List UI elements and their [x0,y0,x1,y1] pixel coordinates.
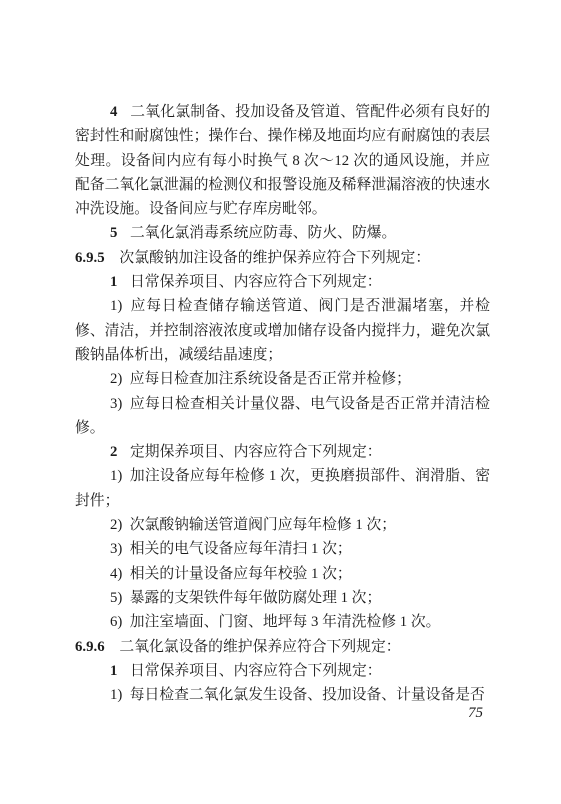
paragraph-text: 二氧化氯制备、投加设备及管道、管配件必须有良好的密封性和耐腐蚀性；操作台、操作梯… [75,104,490,217]
paragraph-item: 1日常保养项目、内容应符合下列规定： [75,270,490,294]
paragraph-subitem: 1)应每日检查储存输送管道、阀门是否泄漏堵塞，并检修、清洁，并控制溶液浓度或增加… [75,294,490,367]
paragraph-number: 3) [110,541,122,557]
paragraph-item: 1日常保养项目、内容应符合下列规定： [75,659,490,683]
paragraph-number: 1 [110,274,117,290]
paragraph-number: 6.9.6 [75,639,105,655]
paragraph-section: 6.9.5次氯酸钠加注设备的维护保养应符合下列规定： [75,246,490,270]
paragraph-text: 应每日检查加注系统设备是否正常并检修； [130,371,411,387]
paragraph-subitem: 2)应每日检查加注系统设备是否正常并检修； [75,367,490,391]
paragraph-number: 3) [110,396,122,412]
paragraph-text: 日常保养项目、内容应符合下列规定： [130,663,382,679]
page-number: 75 [75,705,490,722]
text-block: 4二氧化氯制备、投加设备及管道、管配件必须有良好的密封性和耐腐蚀性；操作台、操作… [75,100,490,707]
paragraph-number: 1 [110,663,117,679]
paragraph-subitem: 5)暴露的支架铁件每年做防腐处理 1 次； [75,586,490,610]
paragraph-text: 二氧化氯设备的维护保养应符合下列规定： [119,639,400,655]
paragraph-number: 4) [110,566,122,582]
paragraph-text: 次氯酸钠输送管道阀门应每年检修 1 次； [130,517,396,533]
document-page: 4二氧化氯制备、投加设备及管道、管配件必须有良好的密封性和耐腐蚀性；操作台、操作… [0,0,561,804]
paragraph-subitem: 3)应每日检查相关计量仪器、电气设备是否正常并清洁检修。 [75,392,490,441]
paragraph-number: 6) [110,614,122,630]
paragraph-number: 1) [110,687,122,703]
paragraph-number: 1) [110,298,122,314]
paragraph-text: 二氧化氯消毒系统应防毒、防火、防爆。 [130,225,396,241]
paragraph-text: 相关的电气设备应每年清扫 1 次； [130,541,352,557]
paragraph-text: 日常保养项目、内容应符合下列规定： [130,274,382,290]
paragraph-subitem: 2)次氯酸钠输送管道阀门应每年检修 1 次； [75,513,490,537]
paragraph-number: 6.9.5 [75,250,105,266]
paragraph-text: 暴露的支架铁件每年做防腐处理 1 次； [130,590,382,606]
paragraph-number: 2) [110,517,122,533]
paragraph-text: 应每日检查储存输送管道、阀门是否泄漏堵塞，并检修、清洁，并控制溶液浓度或增加储存… [75,298,490,363]
paragraph-number: 2 [110,444,117,460]
paragraph-section: 6.9.6二氧化氯设备的维护保养应符合下列规定： [75,635,490,659]
paragraph-text: 加注设备应每年检修 1 次，更换磨损部件、润滑脂、密封件； [75,468,490,508]
paragraph-item: 5二氧化氯消毒系统应防毒、防火、防爆。 [75,221,490,245]
paragraph-item: 4二氧化氯制备、投加设备及管道、管配件必须有良好的密封性和耐腐蚀性；操作台、操作… [75,100,490,221]
paragraph-number: 2) [110,371,122,387]
paragraph-subitem: 3)相关的电气设备应每年清扫 1 次； [75,537,490,561]
paragraph-text: 相关的计量设备应每年校验 1 次； [130,566,352,582]
paragraph-text: 应每日检查相关计量仪器、电气设备是否正常并清洁检修。 [75,396,490,436]
paragraph-subitem: 1)每日检查二氧化氯发生设备、投加设备、计量设备是否 [75,683,490,707]
paragraph-number: 4 [110,104,117,120]
paragraph-subitem: 1)加注设备应每年检修 1 次，更换磨损部件、润滑脂、密封件； [75,464,490,513]
paragraph-text: 定期保养项目、内容应符合下列规定： [130,444,382,460]
paragraph-text: 次氯酸钠加注设备的维护保养应符合下列规定： [119,250,430,266]
paragraph-number: 5) [110,590,122,606]
paragraph-subitem: 6)加注室墙面、门窗、地坪每 3 年清洗检修 1 次。 [75,610,490,634]
paragraph-item: 2定期保养项目、内容应符合下列规定： [75,440,490,464]
paragraph-text: 每日检查二氧化氯发生设备、投加设备、计量设备是否 [130,687,485,703]
paragraph-number: 5 [110,225,117,241]
paragraph-text: 加注室墙面、门窗、地坪每 3 年清洗检修 1 次。 [130,614,441,630]
paragraph-subitem: 4)相关的计量设备应每年校验 1 次； [75,562,490,586]
paragraph-number: 1) [110,468,122,484]
